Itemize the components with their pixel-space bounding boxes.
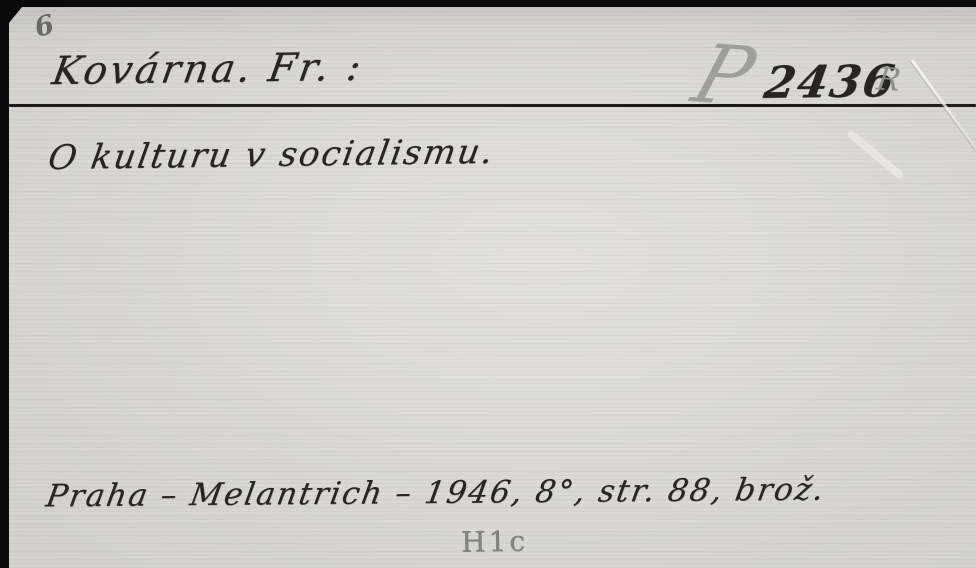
corner-crease-line xyxy=(911,59,976,156)
imprint-line: Praha – Melantrich – 1946, 8°, str. 88, … xyxy=(43,472,828,515)
pencil-shelfmark: H1c xyxy=(461,524,528,558)
author-heading: Kovárna. Fr. : xyxy=(49,45,367,94)
corner-crease-smudge xyxy=(846,129,905,180)
pencil-letter-after-number: R xyxy=(874,61,903,98)
corner-pencil-mark: 6 xyxy=(32,9,58,44)
catalog-card: 6 Kovárna. Fr. : P 2436 R O kulturu v so… xyxy=(9,7,976,568)
title-line: O kulturu v socialismu. xyxy=(45,132,497,178)
scan-background: 6 Kovárna. Fr. : P 2436 R O kulturu v so… xyxy=(0,0,976,568)
pencil-class-letter: P xyxy=(683,27,765,124)
